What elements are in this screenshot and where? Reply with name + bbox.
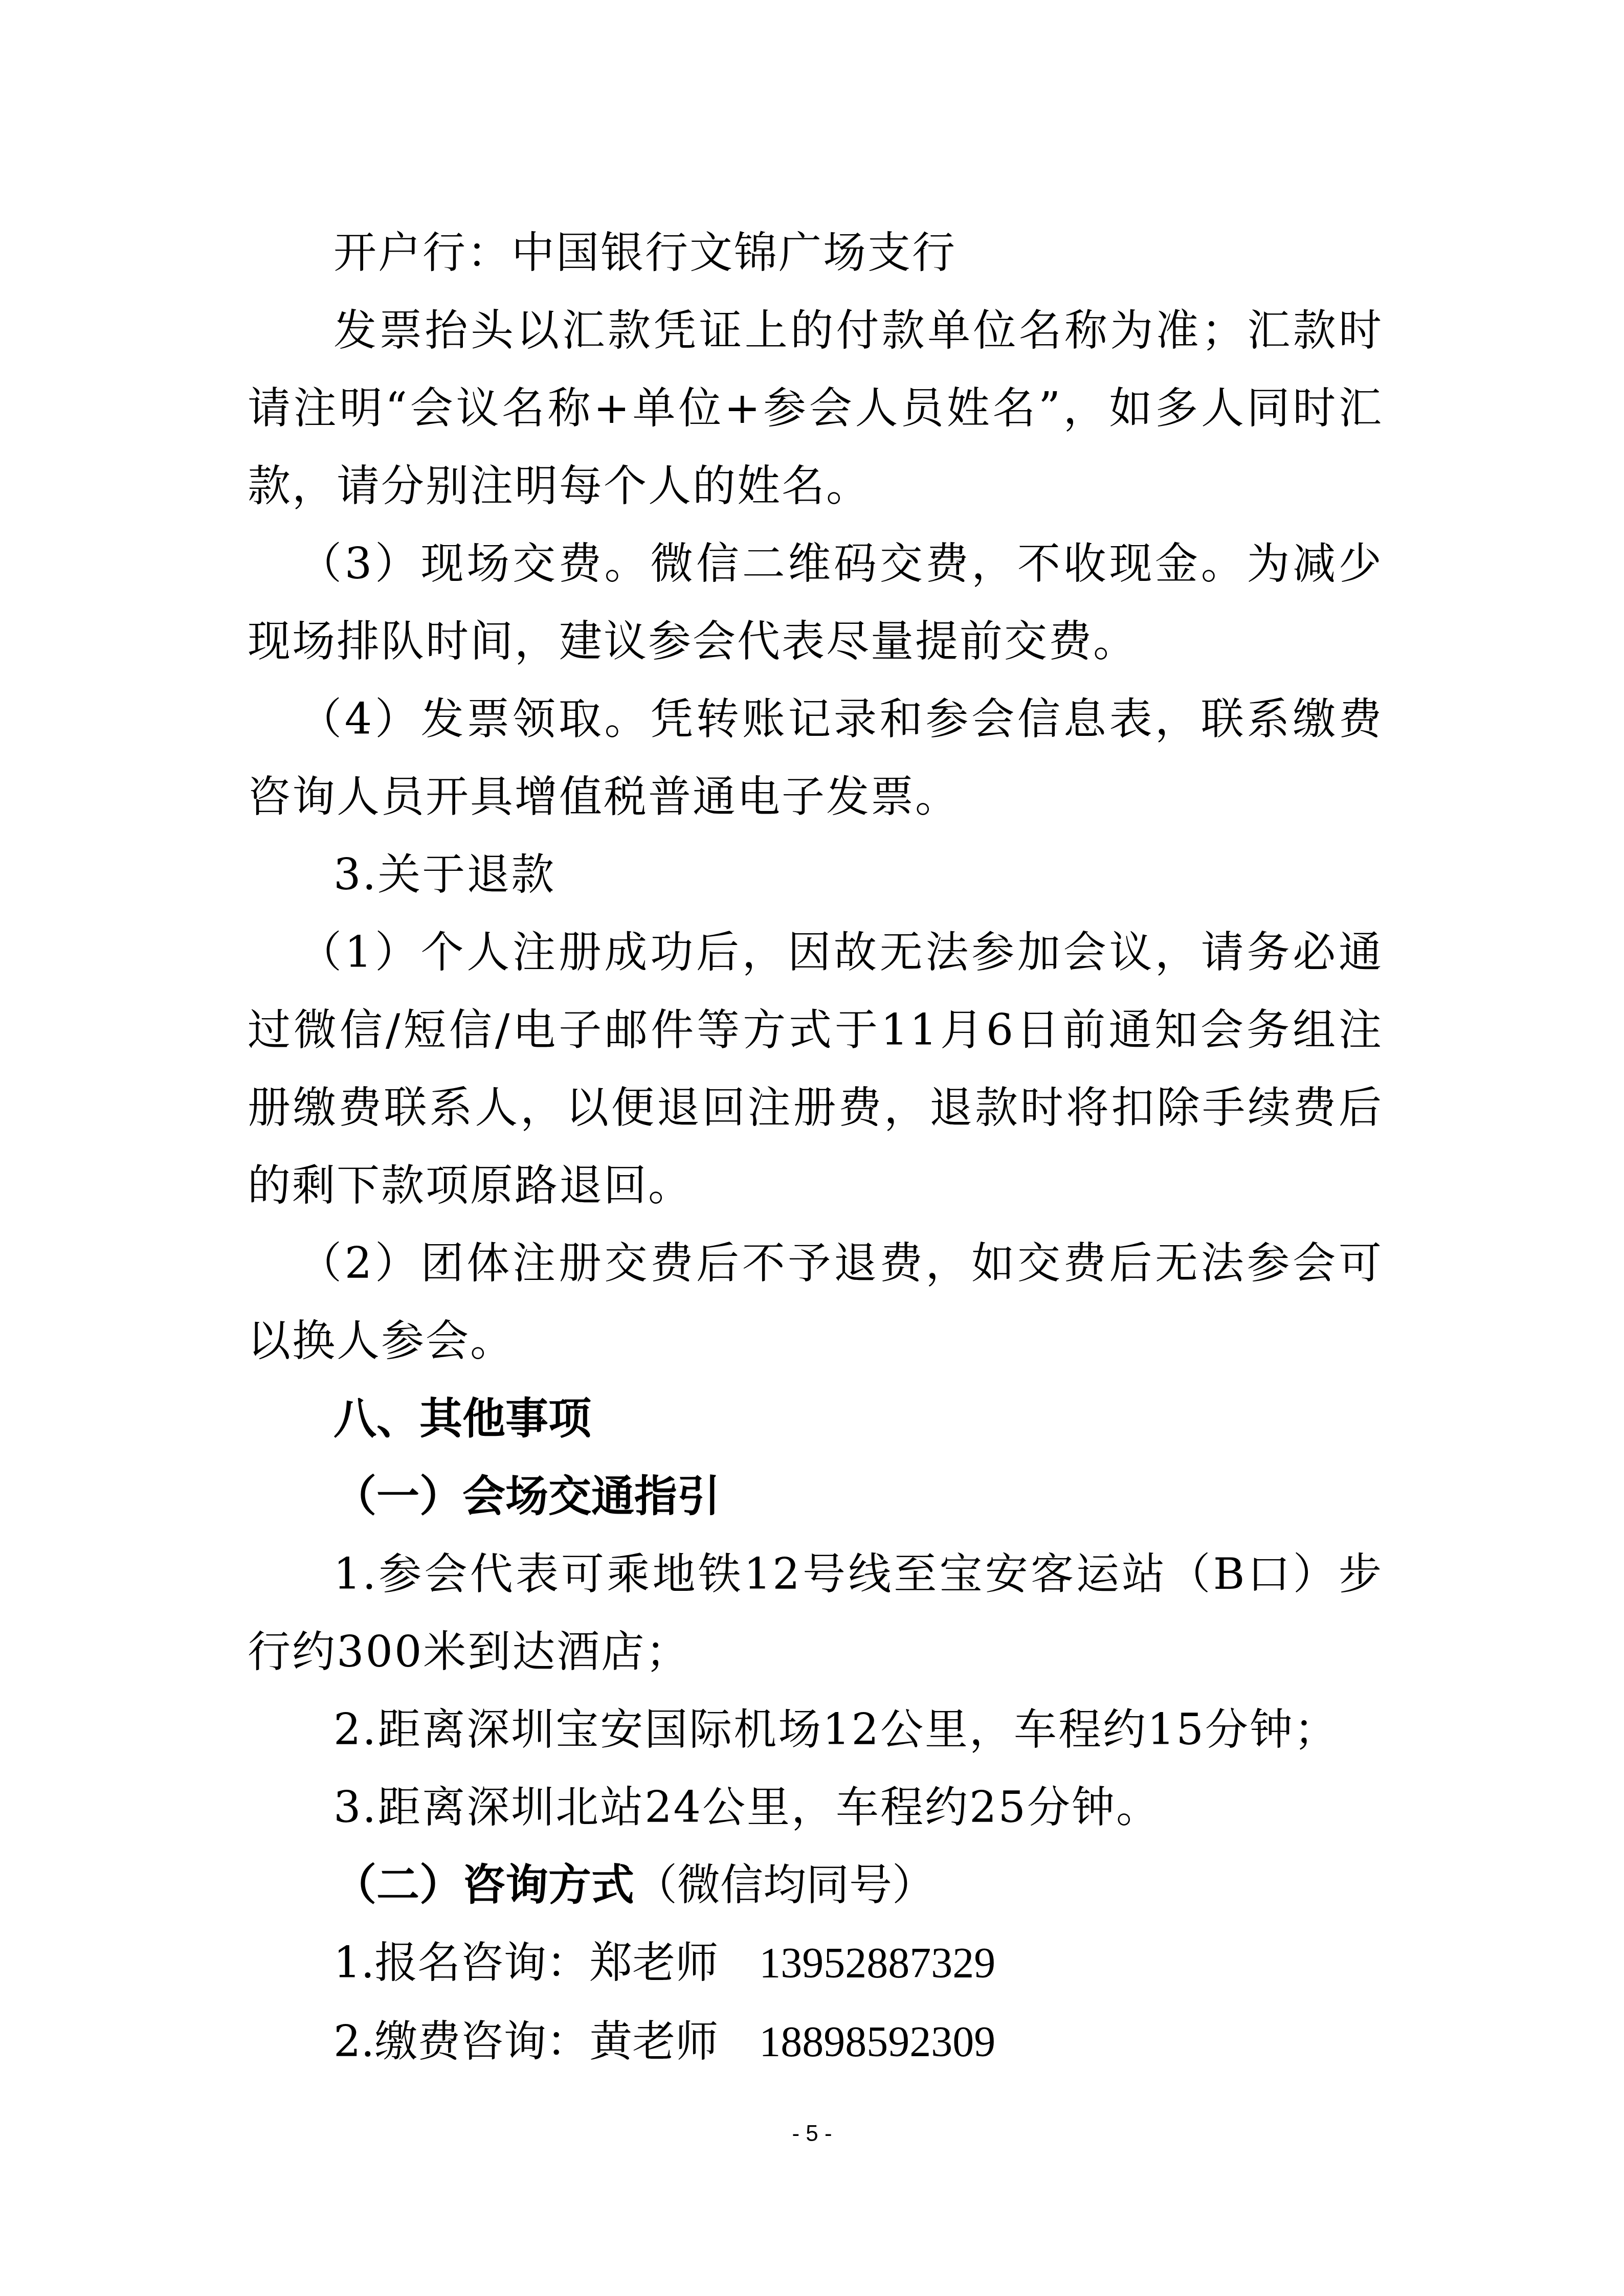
transport-item-1: 1.参会代表可乘地铁12号线至宝安客运站（B口）步行约300米到达酒店； [248, 1535, 1383, 1691]
contact-item-registration: 1.报名咨询：郑老师13952887329 [248, 1924, 1383, 2002]
refund-group-paragraph: （2）团体注册交费后不予退费，如交费后无法参会可以换人参会。 [248, 1224, 1383, 1380]
invoice-note-paragraph: 发票抬头以汇款凭证上的付款单位名称为准；汇款时请注明“会议名称+单位+参会人员姓… [248, 291, 1383, 525]
document-page: 开户行：中国银行文锦广场支行 发票抬头以汇款凭证上的付款单位名称为准；汇款时请注… [0, 0, 1624, 2296]
onsite-payment-paragraph: （3）现场交费。微信二维码交费，不收现金。为减少现场排队时间，建议参会代表尽量提… [248, 525, 1383, 680]
document-body: 开户行：中国银行文锦广场支行 发票抬头以汇款凭证上的付款单位名称为准；汇款时请注… [248, 214, 1383, 2081]
page-number: - 5 - [0, 2121, 1624, 2147]
section-other-title: 八、其他事项 [248, 1380, 1383, 1457]
contact-label: 2.缴费咨询：黄老师 [333, 2016, 718, 2066]
contact-title: （二）咨询方式 [333, 1860, 634, 1910]
transport-item-2: 2.距离深圳宝安国际机场12公里，车程约15分钟； [248, 1691, 1383, 1768]
transport-item-3: 3.距离深圳北站24公里，车程约25分钟。 [248, 1768, 1383, 1846]
refund-individual-paragraph: （1）个人注册成功后，因故无法参加会议，请务必通过微信/短信/电子邮件等方式于1… [248, 913, 1383, 1224]
refund-heading: 3.关于退款 [248, 836, 1383, 913]
bank-paragraph: 开户行：中国银行文锦广场支行 [248, 214, 1383, 291]
contact-title-row: （二）咨询方式（微信均同号） [248, 1846, 1383, 1924]
invoice-pickup-paragraph: （4）发票领取。凭转账记录和参会信息表，联系缴费咨询人员开具增值税普通电子发票。 [248, 680, 1383, 836]
contact-label: 1.报名咨询：郑老师 [333, 1938, 718, 1988]
contact-item-payment: 2.缴费咨询：黄老师18898592309 [248, 2002, 1383, 2081]
contact-title-note: （微信均同号） [634, 1860, 935, 1910]
contact-phone: 13952887329 [759, 1940, 995, 1987]
transport-title: （一）会场交通指引 [248, 1457, 1383, 1535]
contact-phone: 18898592309 [759, 2018, 995, 2066]
